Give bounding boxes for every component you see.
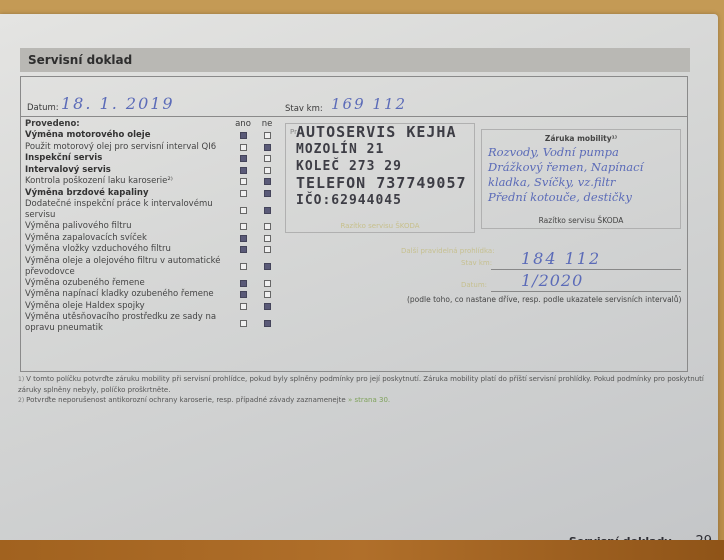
stamp-line: AUTOSERVIS KEJHA <box>296 124 467 141</box>
checkbox-no[interactable] <box>264 291 271 298</box>
checkbox-no[interactable] <box>264 207 271 214</box>
page-reference-link[interactable]: » strana 30. <box>348 396 390 404</box>
checklist-label: Výměna utěsňovacího prostředku ze sady n… <box>25 312 231 334</box>
checklist-row: Výměna motorového oleje <box>25 130 279 142</box>
checkbox-cell-no <box>255 207 279 214</box>
checkbox-cell-yes <box>231 263 255 270</box>
checkbox-cell-yes <box>231 155 255 162</box>
date-line <box>491 291 681 292</box>
checkbox-cell-yes <box>231 190 255 197</box>
checklist-row: Výměna oleje a olejového filtru v automa… <box>25 256 279 278</box>
checkbox-yes[interactable] <box>240 190 247 197</box>
checkbox-cell-no <box>255 320 279 327</box>
checkbox-yes[interactable] <box>240 235 247 242</box>
checklist-row: Kontrola poškození laku karoserie²⁾ <box>25 176 279 188</box>
checklist-label: Dodatečné inspekční práce k intervalovém… <box>25 199 231 221</box>
checkbox-yes[interactable] <box>240 291 247 298</box>
booklet-page: Servisní doklad Datum: 18. 1. 2019 Stav … <box>0 14 718 544</box>
checklist-label: Použit motorový olej pro servisní interv… <box>25 142 231 153</box>
next-service-note: (podle toho, co nastane dříve, resp. pod… <box>407 295 681 304</box>
checkbox-cell-no <box>255 178 279 185</box>
checkbox-cell-yes <box>231 144 255 151</box>
checklist-label: Výměna motorového oleje <box>25 130 231 141</box>
checkbox-cell-no <box>255 132 279 139</box>
checkbox-yes[interactable] <box>240 263 247 270</box>
checklist-label: Výměna oleje a olejového filtru v automa… <box>25 256 231 278</box>
checklist-label: Výměna ozubeného řemene <box>25 278 231 289</box>
checkbox-cell-no <box>255 303 279 310</box>
checkbox-yes[interactable] <box>240 167 247 174</box>
service-stamp-box: Pr AUTOSERVIS KEJHA MOZOLÍN 21 KOLEČ 273… <box>285 123 475 233</box>
odometer-value: 169 112 <box>331 95 407 113</box>
checklist-row: Intervalový servis <box>25 165 279 177</box>
checklist-label: Kontrola poškození laku karoserie²⁾ <box>25 176 231 187</box>
section-title: Servisní doklad <box>20 48 690 72</box>
checklist-label: Výměna palivového filtru <box>25 221 231 232</box>
footnote-2: 2)Potvrďte neporušenost antikorozní ochr… <box>18 395 708 406</box>
footnotes: 1)V tomto políčku potvrďte záruku mobili… <box>18 374 708 406</box>
mobility-title: Záruka mobility¹⁾ <box>482 134 680 143</box>
km-line <box>491 269 681 270</box>
checkbox-cell-yes <box>231 246 255 253</box>
service-stamp: AUTOSERVIS KEJHA MOZOLÍN 21 KOLEČ 273 29… <box>296 124 467 209</box>
checkbox-no[interactable] <box>264 303 271 310</box>
checkbox-cell-yes <box>231 235 255 242</box>
checkbox-yes[interactable] <box>240 280 247 287</box>
checklist-row: Výměna oleje Haldex spojky <box>25 301 279 313</box>
desk-surface <box>0 540 724 560</box>
footnote-1: 1)V tomto políčku potvrďte záruku mobili… <box>18 374 708 395</box>
checkbox-yes[interactable] <box>240 132 247 139</box>
stamp-footer: Razítko servisu ŠKODA <box>286 222 474 230</box>
checkbox-yes[interactable] <box>240 223 247 230</box>
stamp-line: MOZOLÍN 21 <box>296 141 467 158</box>
checkbox-cell-no <box>255 155 279 162</box>
checkbox-cell-no <box>255 291 279 298</box>
checkbox-cell-yes <box>231 320 255 327</box>
checkbox-cell-yes <box>231 223 255 230</box>
checkbox-yes[interactable] <box>240 246 247 253</box>
checkbox-cell-no <box>255 167 279 174</box>
checkbox-no[interactable] <box>264 280 271 287</box>
checklist-row: Dodatečné inspekční práce k intervalovém… <box>25 199 279 221</box>
checkbox-yes[interactable] <box>240 178 247 185</box>
next-service-area: Další pravidelná prohlídka: Stav km: 184… <box>371 247 681 307</box>
checklist-heading: Provedeno: <box>25 119 231 130</box>
checkbox-no[interactable] <box>264 320 271 327</box>
checkbox-cell-yes <box>231 207 255 214</box>
checkbox-no[interactable] <box>264 167 271 174</box>
checkbox-no[interactable] <box>264 178 271 185</box>
checkbox-cell-yes <box>231 178 255 185</box>
checklist-label: Výměna brzdové kapaliny <box>25 188 231 199</box>
checkbox-cell-yes <box>231 132 255 139</box>
service-record-form: Datum: 18. 1. 2019 Stav km: 169 112 Prov… <box>20 76 688 372</box>
next-service-heading: Další pravidelná prohlídka: <box>401 247 495 255</box>
next-date-value: 1/2020 <box>521 271 583 290</box>
checkbox-cell-no <box>255 246 279 253</box>
note-line: Drážkový řemen, Napínací <box>488 160 674 175</box>
checklist-label: Výměna vložky vzduchového filtru <box>25 244 231 255</box>
checkbox-cell-no <box>255 144 279 151</box>
checkbox-cell-yes <box>231 167 255 174</box>
checkbox-no[interactable] <box>264 155 271 162</box>
checkbox-no[interactable] <box>264 235 271 242</box>
checkbox-cell-no <box>255 235 279 242</box>
checkbox-cell-no <box>255 263 279 270</box>
checklist-label: Inspekční servis <box>25 153 231 164</box>
checklist-row: Výměna ozubeného řemene <box>25 278 279 290</box>
checkbox-yes[interactable] <box>240 207 247 214</box>
checklist-label: Intervalový servis <box>25 165 231 176</box>
checkbox-yes[interactable] <box>240 155 247 162</box>
checkbox-cell-yes <box>231 280 255 287</box>
checklist-row: Výměna brzdové kapaliny <box>25 188 279 200</box>
checkbox-cell-no <box>255 190 279 197</box>
checkbox-no[interactable] <box>264 132 271 139</box>
column-no: ne <box>255 119 279 130</box>
checklist-row: Výměna utěsňovacího prostředku ze sady n… <box>25 312 279 334</box>
checklist-row: Použit motorový olej pro servisní interv… <box>25 142 279 154</box>
checkbox-cell-yes <box>231 291 255 298</box>
date-odometer-row: Datum: 18. 1. 2019 Stav km: 169 112 <box>21 77 687 117</box>
checkbox-no[interactable] <box>264 246 271 253</box>
checkbox-no[interactable] <box>264 190 271 197</box>
checkbox-cell-no <box>255 280 279 287</box>
service-checklist: Provedeno: ano ne Výměna motorového olej… <box>25 119 279 334</box>
note-line: Rozvody, Vodní pumpa <box>488 145 674 160</box>
checklist-label: Výměna zapalovacích svíček <box>25 233 231 244</box>
checkbox-no[interactable] <box>264 144 271 151</box>
checklist-label: Výměna napínací kladky ozubeného řemene <box>25 289 231 300</box>
checklist-row: Inspekční servis <box>25 153 279 165</box>
checklist-row: Výměna vložky vzduchového filtru <box>25 244 279 256</box>
next-km-label: Stav km: <box>461 259 492 267</box>
checkbox-no[interactable] <box>264 223 271 230</box>
mobility-notes: Rozvody, Vodní pumpa Drážkový řemen, Nap… <box>482 143 680 207</box>
checklist-row: Výměna palivového filtru <box>25 221 279 233</box>
note-line: Přední kotouče, destičky <box>488 190 674 205</box>
odometer-label: Stav km: <box>285 104 323 114</box>
checklist-items: Výměna motorového olejePoužit motorový o… <box>25 130 279 334</box>
checklist-row: Výměna zapalovacích svíček <box>25 233 279 245</box>
note-line: kladka, Svíčky, vz.filtr <box>488 175 674 190</box>
column-yes: ano <box>231 119 255 130</box>
mobility-guarantee-box: Záruka mobility¹⁾ Rozvody, Vodní pumpa D… <box>481 129 681 229</box>
checkbox-cell-no <box>255 223 279 230</box>
date-label: Datum: <box>27 103 59 113</box>
mobility-footer: Razítko servisu ŠKODA <box>482 216 680 225</box>
date-value: 18. 1. 2019 <box>61 94 175 113</box>
checklist-header: Provedeno: ano ne <box>25 119 279 130</box>
stamp-line: TELEFON 737749057 <box>296 175 467 192</box>
next-date-label: Datum: <box>461 281 487 289</box>
stamp-line: KOLEČ 273 29 <box>296 158 467 175</box>
checkbox-cell-yes <box>231 303 255 310</box>
checkbox-yes[interactable] <box>240 320 247 327</box>
checklist-label: Výměna oleje Haldex spojky <box>25 301 231 312</box>
next-km-value: 184 112 <box>521 249 601 268</box>
stamp-line: IČO:62944045 <box>296 192 467 209</box>
checkbox-no[interactable] <box>264 263 271 270</box>
checkbox-yes[interactable] <box>240 303 247 310</box>
checkbox-yes[interactable] <box>240 144 247 151</box>
checklist-row: Výměna napínací kladky ozubeného řemene <box>25 289 279 301</box>
